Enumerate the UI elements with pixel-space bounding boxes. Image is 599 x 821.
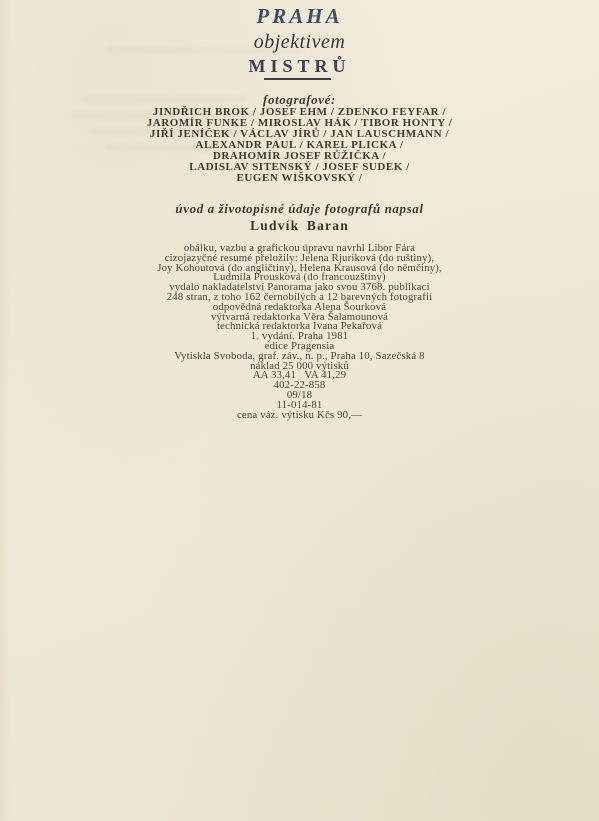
page-background: PRAHA objektivem MISTRŮ fotografové: JIN… — [0, 0, 599, 821]
book-title-praha: PRAHA — [0, 4, 599, 29]
imprint-line: cena váz. výtisku Kčs 90,— — [0, 411, 599, 421]
intro-author-name: Ludvík Baran — [0, 218, 599, 234]
book-title-mistru: MISTRŮ — [0, 56, 599, 77]
imprint-block: obálku, vazbu a grafickou úpravu navrhl … — [0, 244, 599, 420]
photographers-list: JINDŘICH BROK / JOSEF EHM / ZDENKO FEYFA… — [0, 107, 599, 184]
scanned-book-page: { "page": { "title": { "line1": "PRAHA",… — [0, 0, 599, 821]
intro-credit-line: úvod a životopisné údaje fotografů napsa… — [0, 201, 599, 217]
book-title-objektivem: objektivem — [0, 31, 599, 54]
title-underline-rule — [264, 78, 331, 80]
photographers-line: EUGEN WIŠKOVSKÝ / — [0, 173, 599, 184]
